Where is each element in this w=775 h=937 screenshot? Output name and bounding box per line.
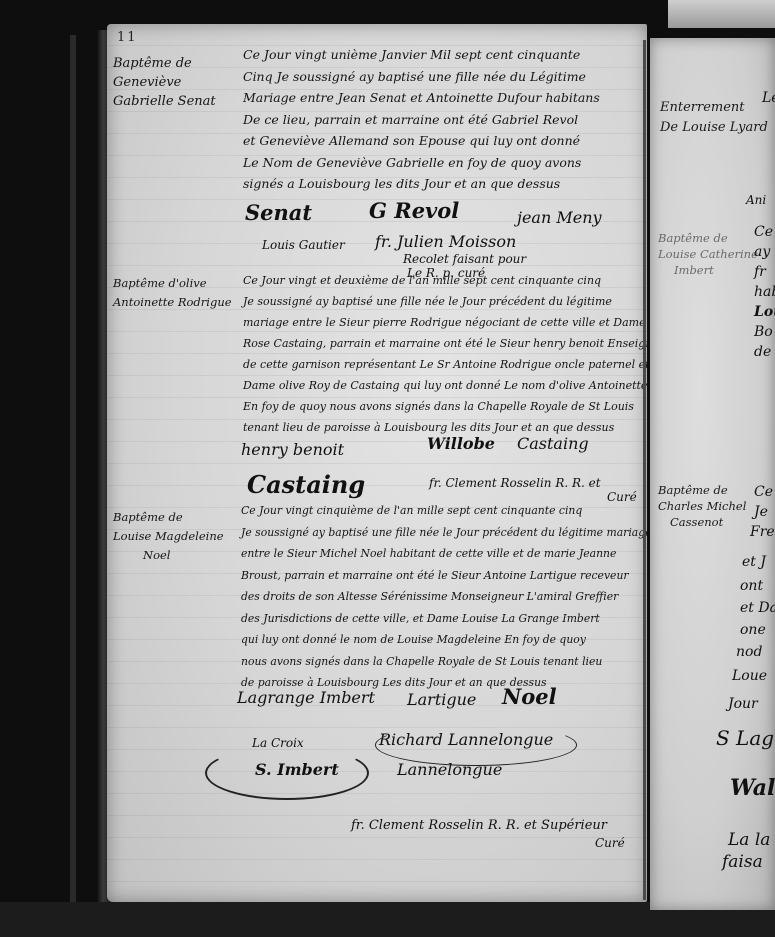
signature: Louis Gautier: [262, 238, 345, 252]
margin-line: Baptême de: [113, 54, 216, 73]
margin-line: Baptême de: [113, 508, 224, 527]
text-line: Dame olive Roy de Castaing qui luy ont d…: [243, 375, 647, 396]
margin-line: Louise Magdeleine: [113, 527, 224, 546]
text-line: Ce Jour vingt et deuxième de l'an mille …: [243, 270, 647, 291]
folio-number: 11: [117, 30, 138, 45]
right-margin-note: Baptême de Charles Michel Cassenot: [658, 482, 746, 530]
text-fragment: Jour: [728, 694, 758, 714]
signature: fr. Clement Rosselin R. R. et Supérieur: [351, 818, 607, 833]
text-line: mariage entre le Sieur pierre Rodrigue n…: [243, 312, 647, 333]
text-fragment: ay: [754, 242, 770, 262]
text-line: Je soussigné ay baptisé une fille née le…: [241, 522, 647, 544]
margin-line: Gabrielle Senat: [113, 92, 216, 111]
margin-line: Louise Catherine: [658, 246, 758, 262]
text-fragment: Ani: [746, 190, 766, 210]
signature: G Revol: [369, 198, 459, 223]
margin-line: Cassenot: [658, 514, 746, 530]
margin-line: Imbert: [658, 262, 758, 278]
text-line: entre le Sieur Michel Noel habitant de c…: [241, 543, 647, 565]
right-page: Enterrement De Louise Lyard Baptême de L…: [650, 38, 775, 910]
text-fragment: Je: [754, 502, 768, 522]
text-line: et Geneviève Allemand son Epouse qui luy…: [243, 130, 600, 152]
signature: Lagrange Imbert: [237, 688, 375, 707]
signature: Senat: [245, 200, 312, 225]
entry-1-margin-title: Baptême de Geneviève Gabrielle Senat: [113, 54, 216, 111]
entry-3-margin-title: Baptême de Louise Magdeleine Noel: [113, 508, 224, 565]
signature: Curé: [595, 836, 625, 850]
text-line: Mariage entre Jean Senat et Antoinette D…: [243, 87, 600, 109]
signature: Recolet faisant pour: [403, 252, 526, 266]
signature: Noel: [502, 684, 557, 709]
text-line: Cinq Je soussigné ay baptisé une fille n…: [243, 66, 600, 88]
text-fragment: et J: [742, 552, 766, 572]
entry-2-body: Ce Jour vingt et deuxième de l'an mille …: [243, 270, 647, 438]
margin-line: Baptême d'olive: [113, 274, 232, 293]
signature-flourish: [375, 724, 577, 766]
text-line: des droits de son Altesse Sérénissime Mo…: [241, 586, 647, 608]
right-margin-note: Enterrement De Louise Lyard: [660, 98, 768, 138]
text-line: qui luy ont donné le nom de Louise Magde…: [241, 629, 647, 651]
entry-3-body: Ce Jour vingt cinquième de l'an mille se…: [241, 500, 647, 694]
text-fragment: Ce: [754, 482, 773, 502]
text-line: En foy de quoy nous avons signés dans la…: [243, 396, 647, 417]
margin-line: Baptême de: [658, 482, 746, 498]
signature: jean Meny: [517, 208, 602, 227]
text-fragment: ont: [740, 576, 763, 596]
text-line: signés a Louisbourg les dits Jour et an …: [243, 173, 600, 195]
text-line: Le Nom de Geneviève Gabrielle en foy de …: [243, 152, 600, 174]
margin-line: Baptême de: [658, 230, 758, 246]
margin-line: De Louise Lyard: [660, 118, 768, 138]
text-fragment: La la: [728, 830, 770, 850]
entry-1-body: Ce Jour vingt unième Janvier Mil sept ce…: [243, 44, 600, 195]
signature: Willobe: [427, 434, 495, 453]
text-fragment: Wal: [730, 778, 775, 798]
margin-line: Geneviève: [113, 73, 216, 92]
margin-line: Enterrement: [660, 98, 768, 118]
signature-flourish: [205, 746, 369, 800]
page-gutter: [643, 40, 646, 900]
text-fragment: Bo: [754, 322, 773, 342]
signature: Lartigue: [407, 690, 476, 709]
text-fragment: Lou: [754, 302, 775, 322]
signature: fr. Julien Moisson: [375, 232, 516, 251]
binding-edge: [70, 35, 76, 915]
text-fragment: de: [754, 342, 771, 362]
text-fragment: Le: [762, 88, 775, 108]
text-line: Ce Jour vingt unième Janvier Mil sept ce…: [243, 44, 600, 66]
text-fragment: Loue: [732, 666, 767, 686]
text-fragment: Ce: [754, 222, 773, 242]
text-line: Ce Jour vingt cinquième de l'an mille se…: [241, 500, 647, 522]
text-line: De ce lieu, parrain et marraine ont été …: [243, 109, 600, 131]
text-fragment: S Lag: [716, 728, 774, 748]
text-fragment: nod: [736, 642, 762, 662]
text-line: de cette garnison représentant Le Sr Ant…: [243, 354, 647, 375]
right-margin-note: Baptême de Louise Catherine Imbert: [658, 230, 758, 278]
entry-2-margin-title: Baptême d'olive Antoinette Rodrigue: [113, 274, 232, 312]
left-page: 11 Baptême de Geneviève Gabrielle Senat …: [107, 24, 647, 902]
text-line: nous avons signés dans la Chapelle Royal…: [241, 651, 647, 673]
text-line: Rose Castaing, parrain et marraine ont é…: [243, 333, 647, 354]
text-fragment: Fre: [750, 522, 775, 542]
page-top-edge: [668, 0, 775, 28]
signature: fr. Clement Rosselin R. R. et: [429, 476, 601, 490]
text-fragment: fr: [754, 262, 766, 282]
text-line: Je soussigné ay baptisé une fille née le…: [243, 291, 647, 312]
margin-line: Antoinette Rodrigue: [113, 293, 232, 312]
text-line: des Jurisdictions de cette ville, et Dam…: [241, 608, 647, 630]
text-line: Broust, parrain et marraine ont été le S…: [241, 565, 647, 587]
signature: Castaing: [247, 470, 365, 499]
signature: Castaing: [517, 434, 589, 453]
text-fragment: one: [740, 620, 766, 640]
text-fragment: faisa: [722, 852, 763, 872]
signature: henry benoit: [241, 440, 344, 459]
margin-line: Noel: [113, 546, 224, 565]
margin-line: Charles Michel: [658, 498, 746, 514]
text-fragment: et Da: [740, 598, 775, 618]
text-fragment: hab: [754, 282, 775, 302]
